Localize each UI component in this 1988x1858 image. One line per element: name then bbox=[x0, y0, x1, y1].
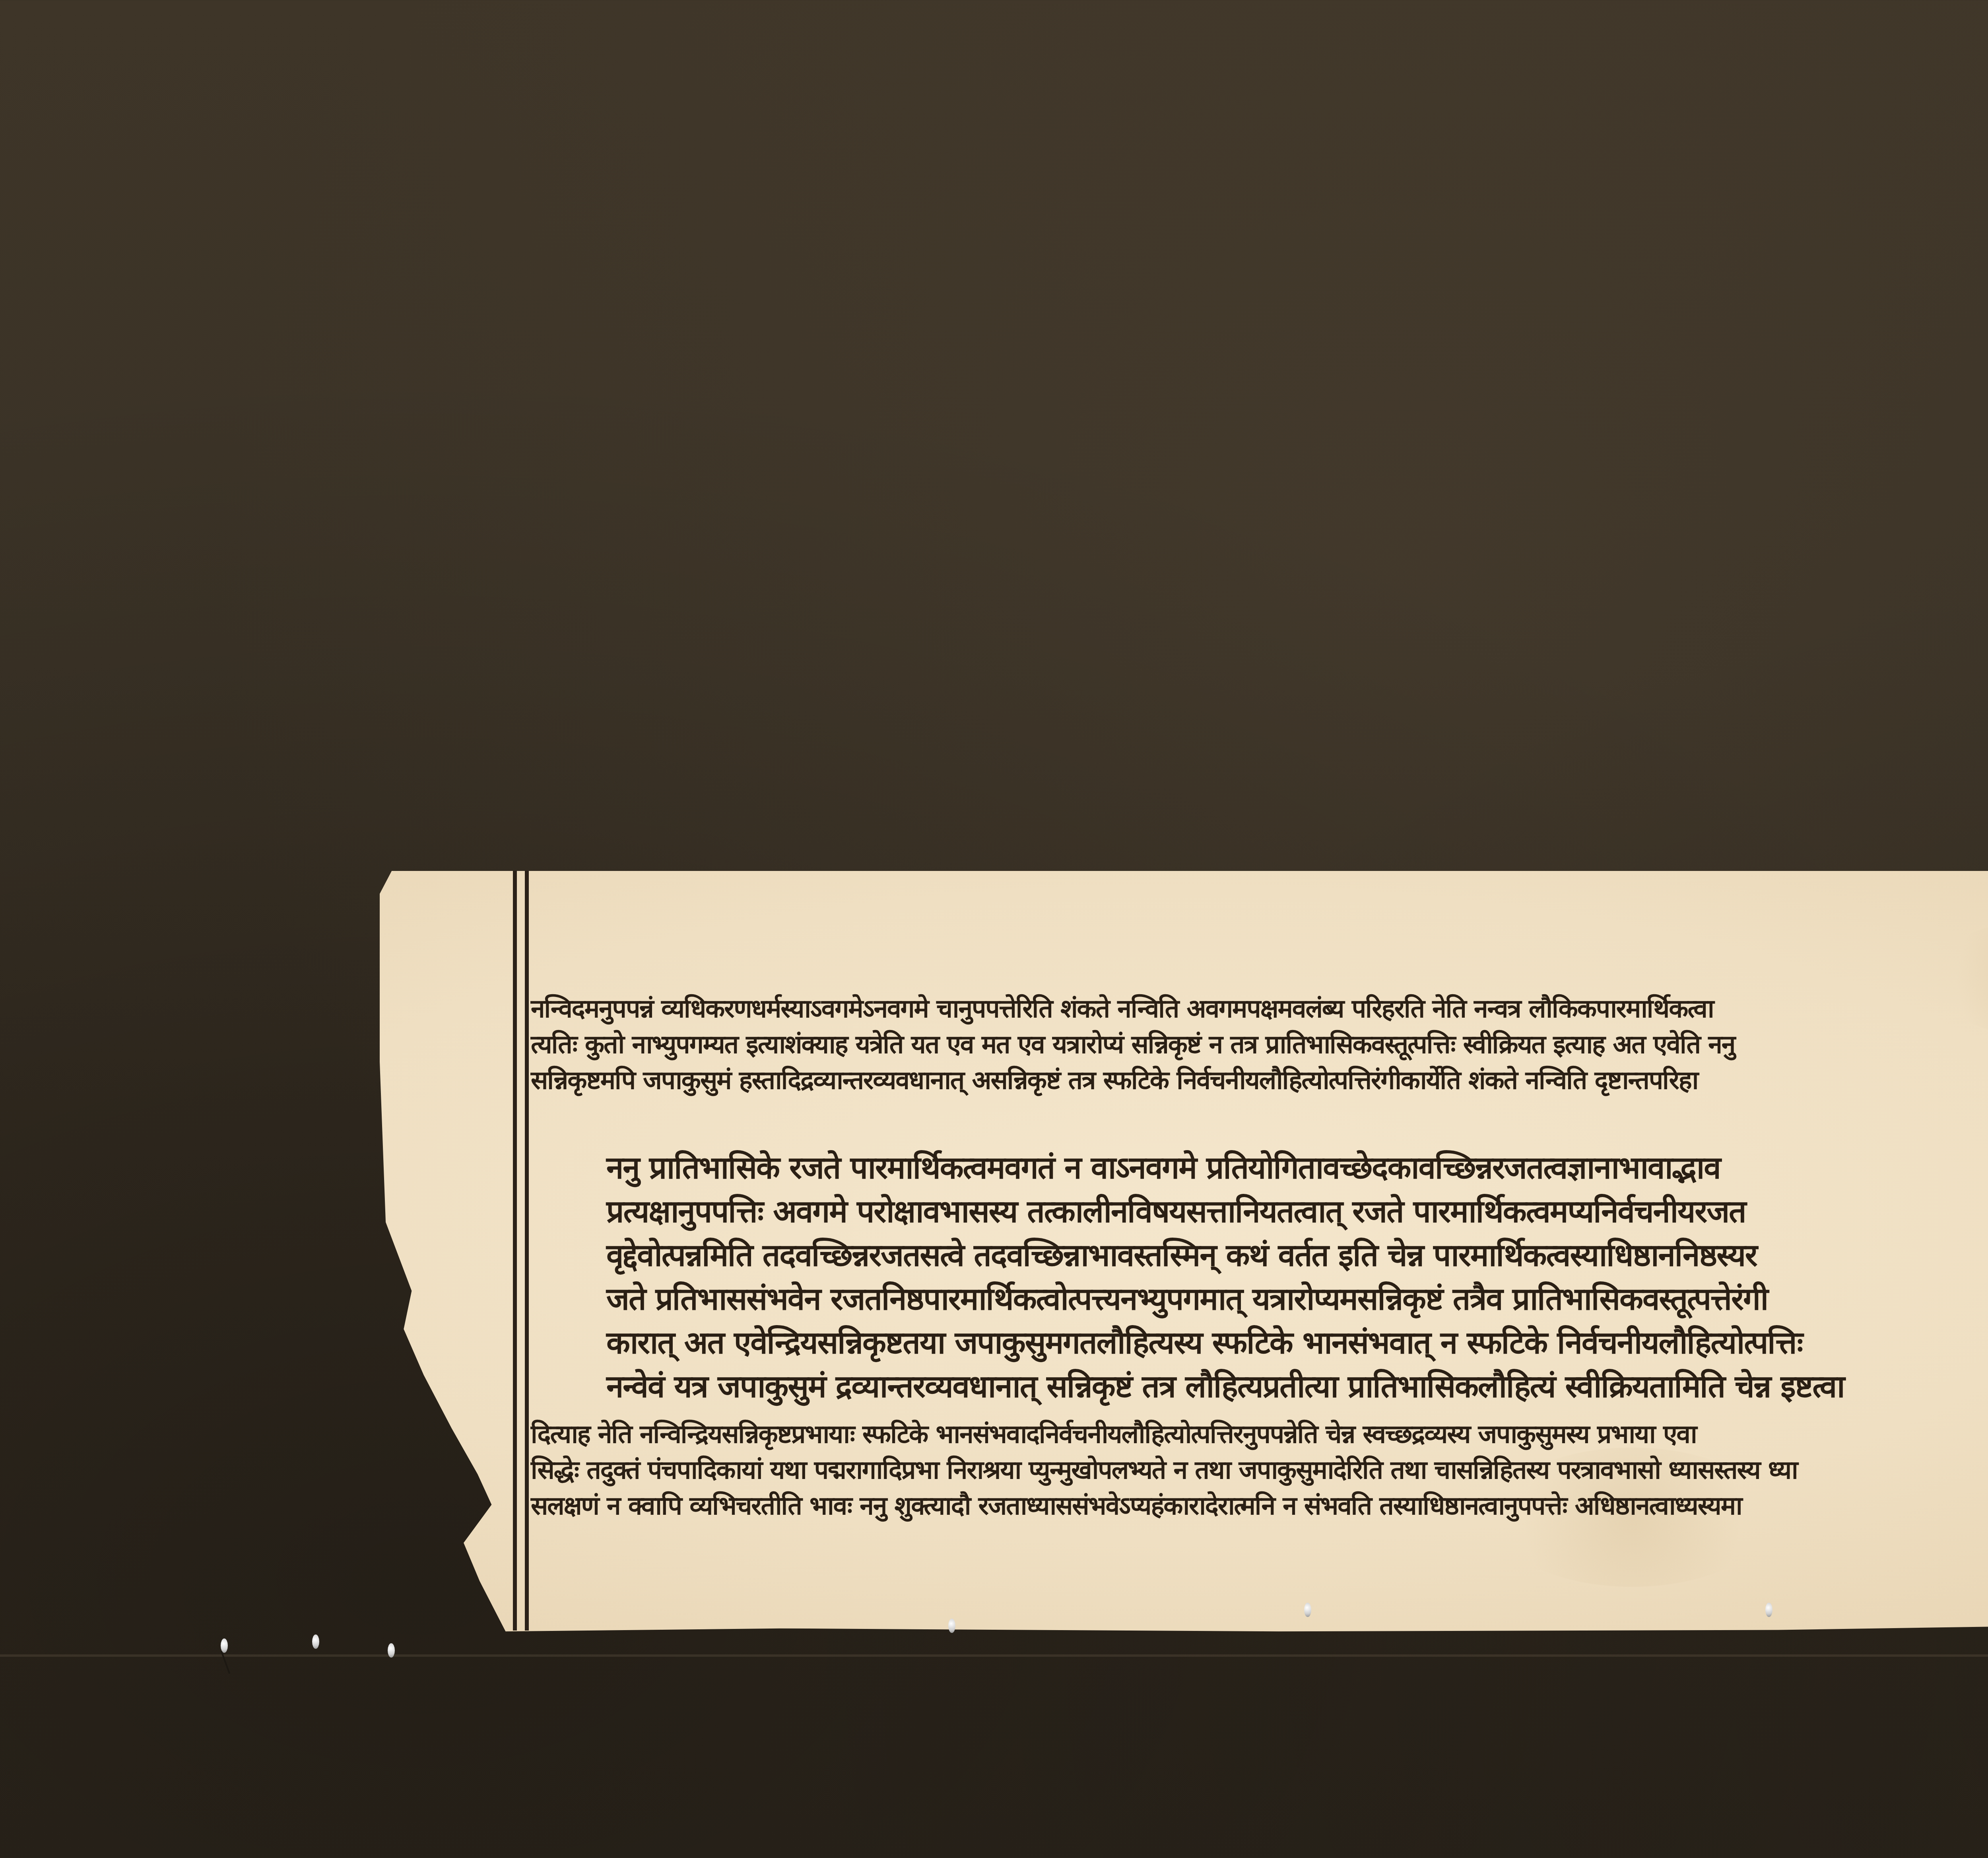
text-line: कारात् अत एवेन्द्रियसन्निकृष्टतया जपाकुस… bbox=[606, 1320, 1802, 1362]
left-border-rule bbox=[525, 871, 529, 1631]
pin-icon bbox=[948, 1619, 955, 1633]
manuscript-leaf: नन्विदमनुपपन्नं व्यधिकरणधर्मस्याऽवगमेऽनव… bbox=[380, 871, 1988, 1634]
text-line: वृद्देवोत्पन्नमिति तदवच्छिन्नरजतसत्वे तद… bbox=[606, 1233, 1757, 1275]
pin-icon bbox=[1765, 1603, 1773, 1617]
text-line: सन्निकृष्टमपि जपाकुसुमं हस्तादिद्रव्यान्… bbox=[531, 1062, 1698, 1096]
text-line: सिद्धेः तदुक्तं पंचपादिकायां यथा पद्मराग… bbox=[531, 1452, 1798, 1486]
text-line: सलक्षणं न क्वापि व्यभिचरतीति भावः ननु शु… bbox=[531, 1487, 1742, 1522]
text-line: ननु प्रातिभासिके रजते पारमार्थिकत्वमवगतं… bbox=[606, 1145, 1720, 1187]
pin-icon bbox=[388, 1643, 395, 1658]
left-border-rule bbox=[513, 871, 517, 1631]
pin-icon bbox=[1304, 1603, 1311, 1617]
pin-icon bbox=[312, 1634, 319, 1649]
text-line: दित्याह नेति नन्विन्द्रियसन्निकृष्टप्रभा… bbox=[531, 1416, 1697, 1450]
text-line: नन्वेवं यत्र जपाकुसुमं द्रव्यान्तरव्यवधा… bbox=[606, 1364, 1844, 1406]
text-line: नन्विदमनुपपन्नं व्यधिकरणधर्मस्याऽवगमेऽनव… bbox=[531, 990, 1713, 1025]
water-stain bbox=[1930, 919, 1988, 1038]
text-line: जते प्रतिभाससंभवेन रजतनिष्ठपारमार्थिकत्व… bbox=[606, 1277, 1768, 1319]
text-line: प्रत्यक्षानुपपत्तिः अवगमे परोक्षावभासस्य… bbox=[606, 1189, 1746, 1231]
text-line: त्यतिः कुतो नाभ्युपगम्यत इत्याशंक्याह यत… bbox=[531, 1026, 1735, 1061]
board-seam bbox=[0, 1654, 1988, 1657]
